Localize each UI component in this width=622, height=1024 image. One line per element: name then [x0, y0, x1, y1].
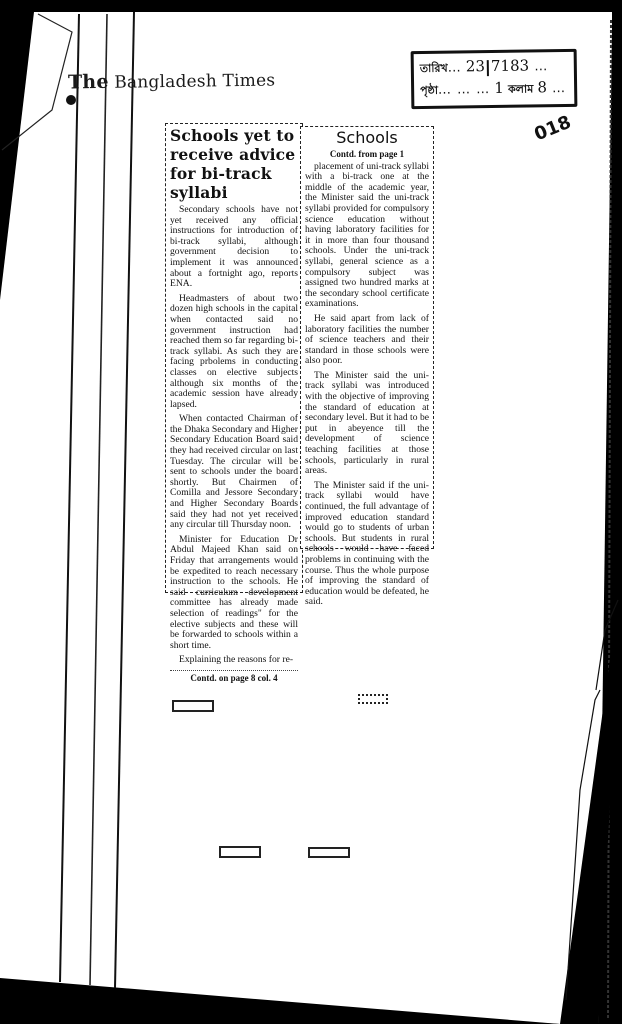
newspaper-masthead: The Bangladesh Times — [68, 69, 275, 94]
stamp-date-label: তারিখ — [420, 62, 448, 75]
stamp-page-row: পৃষ্ঠা… … … 1 কলাম 8 … — [420, 78, 566, 101]
glue-mark — [219, 846, 261, 858]
continued-on-note: Contd. on page 8 col. 4 — [170, 670, 298, 684]
article-headline: Schools yet to receive advice for bi-tra… — [170, 126, 298, 202]
article-paragraph: Minister for Education Dr Abdul Majeed K… — [170, 535, 298, 652]
article-paragraph: The Minister said if the uni-track sylla… — [305, 481, 429, 608]
masthead-prefix: The — [68, 71, 109, 94]
stamp-date-value-2: 7183 — [491, 57, 529, 76]
article-paragraph: placement of uni-track syllabi with a bi… — [305, 162, 429, 310]
stamp-col-value: 8 — [537, 78, 547, 96]
article-paragraph: He said apart from lack of laboratory fa… — [305, 314, 429, 367]
glue-mark — [172, 700, 214, 712]
stamp-date-value: 23 — [466, 57, 485, 75]
punch-hole-mark — [66, 95, 76, 105]
glue-mark — [308, 847, 350, 858]
stamp-col-label: কলাম — [508, 82, 533, 95]
masthead-name: Bangladesh Times — [114, 71, 275, 93]
stamp-divider — [487, 60, 489, 76]
article-clipping-right: Schools Contd. from page 1 placement of … — [300, 126, 434, 549]
article-paragraph: When contacted Chairman of the Dhaka Sec… — [170, 414, 298, 531]
continued-from-note: Contd. from page 1 — [305, 149, 429, 160]
article-paragraph: Secondary schools have not yet received … — [170, 205, 298, 290]
archive-stamp: তারিখ… 237183 … পৃষ্ঠা… … … 1 কলাম 8 … — [411, 49, 578, 109]
article-clipping-left: Schools yet to receive advice for bi-tra… — [165, 123, 303, 593]
stamp-date-row: তারিখ… 237183 … — [420, 56, 549, 79]
article-paragraph: Headmasters of about two dozen high scho… — [170, 294, 298, 411]
article-paragraph: Explaining the reasons for re- — [170, 655, 298, 666]
article-paragraph: The Minister said the uni-track syllabi … — [305, 371, 429, 477]
stamp-page-label: পৃষ্ঠা — [420, 84, 438, 97]
article-continuation-headline: Schools — [305, 129, 429, 147]
stamp-page-value: 1 — [494, 79, 504, 97]
glue-mark — [358, 694, 388, 704]
